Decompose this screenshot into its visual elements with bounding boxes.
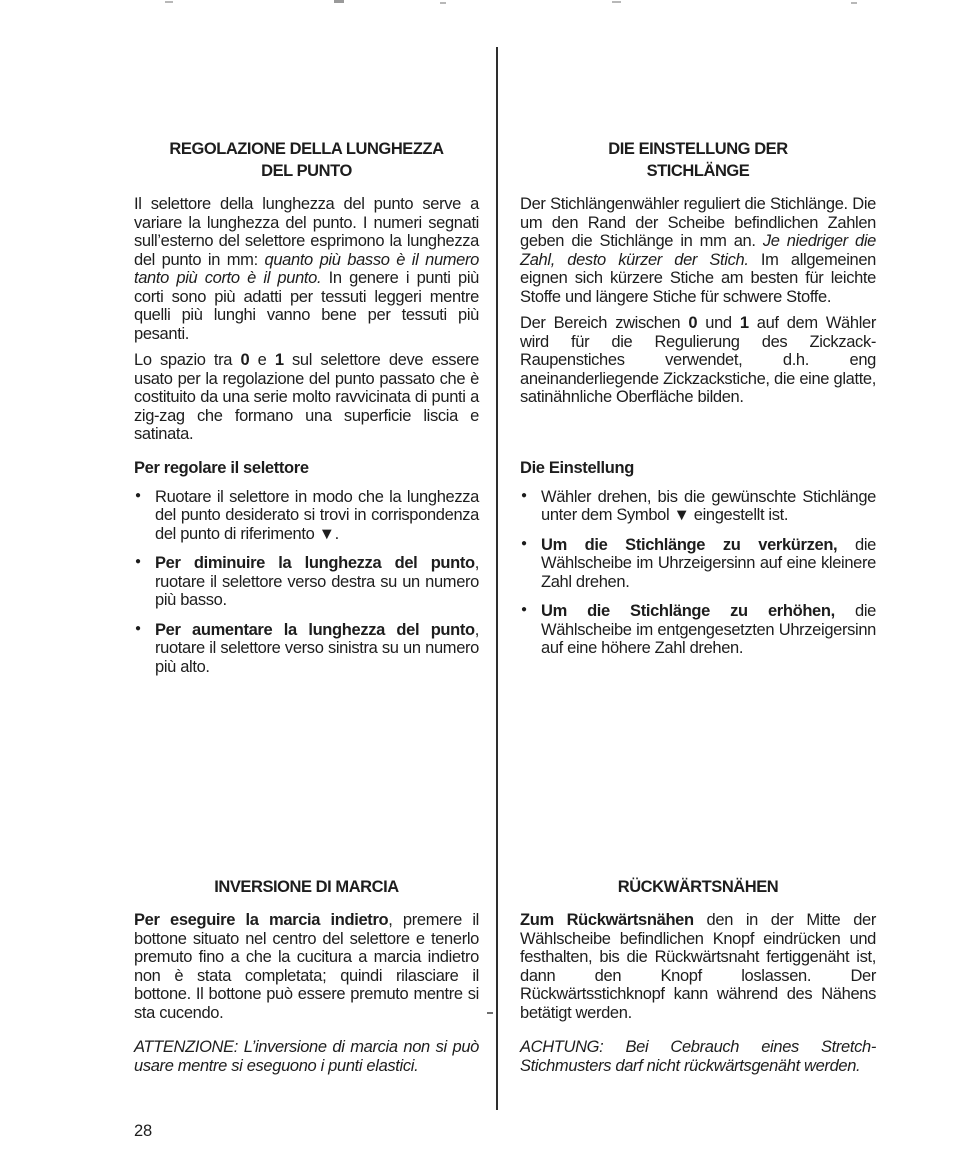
- bullet-icon: ●: [135, 624, 141, 634]
- subheading-de: Die Einstellung: [520, 459, 876, 478]
- section-title-it-line2: DEL PUNTO: [261, 162, 352, 180]
- paragraph: Zum Rückwärtsnähen den in der Mitte der …: [520, 911, 876, 1022]
- scan-speck: [612, 1, 621, 3]
- list-item-text: Per diminuire la lunghezza del punto, ru…: [155, 554, 479, 609]
- paragraph: Per eseguire la marcia indietro, premere…: [134, 911, 479, 1022]
- list-item: ● Um die Stichlänge zu verkürzen, die Wä…: [520, 536, 876, 592]
- list-item: ● Um die Stichlänge zu erhöhen, die Wähl…: [520, 602, 876, 658]
- scan-speck: [851, 2, 857, 4]
- list-item: ● Per aumentare la lunghezza del punto, …: [134, 621, 479, 677]
- section-title-it-line1: REGOLAZIONE DELLA LUNGHEZZA: [169, 140, 443, 158]
- list-item: ● Wähler drehen, bis die gewünschte Stic…: [520, 488, 876, 525]
- bullet-icon: ●: [135, 491, 141, 501]
- paragraph: Il selettore della lunghezza del punto s…: [134, 195, 479, 343]
- section-title-it-bottom: INVERSIONE DI MARCIA: [134, 876, 479, 898]
- paragraph: Der Bereich zwischen 0 und 1 auf dem Wäh…: [520, 314, 876, 407]
- bullet-icon: ●: [521, 605, 527, 615]
- paragraph: Lo spazio tra 0 e 1 sul selettore deve e…: [134, 351, 479, 444]
- warning-notice-it: ATTENZIONE: L’inversione di marcia non s…: [134, 1038, 479, 1075]
- list-item: ● Per diminuire la lunghezza del punto, …: [134, 554, 479, 610]
- list-item-text: Per aumentare la lunghezza del punto, ru…: [155, 621, 479, 676]
- scan-speck: [487, 1012, 493, 1014]
- scan-speck: [440, 2, 446, 4]
- list-item-text: Ruotare il selettore in modo che la lung…: [155, 488, 479, 543]
- list-item: ● Ruotare il selettore in modo che la lu…: [134, 488, 479, 544]
- manual-page: REGOLAZIONE DELLA LUNGHEZZA DEL PUNTO Il…: [0, 0, 954, 1166]
- italian-column-top-section: REGOLAZIONE DELLA LUNGHEZZA DEL PUNTO Il…: [134, 138, 479, 444]
- bullet-icon: ●: [521, 539, 527, 549]
- section-title-it: REGOLAZIONE DELLA LUNGHEZZA DEL PUNTO: [134, 138, 479, 182]
- scan-speck: [334, 0, 344, 3]
- subheading-it: Per regolare il selettore: [134, 459, 479, 478]
- column-divider-rule: [496, 47, 498, 1110]
- italian-column-bottom-section: INVERSIONE DI MARCIA Per eseguire la mar…: [134, 876, 479, 1075]
- section-title-de-line1: DIE EINSTELLUNG DER: [608, 140, 787, 158]
- paragraph: Der Stichlängenwähler reguliert die Stic…: [520, 195, 876, 306]
- german-column-instructions-section: Die Einstellung ● Wähler drehen, bis die…: [520, 459, 876, 669]
- scan-speck: [165, 1, 173, 3]
- section-title-de-line2: STICHLÄNGE: [647, 162, 750, 180]
- bullet-icon: ●: [135, 557, 141, 567]
- bullet-list-it: ● Ruotare il selettore in modo che la lu…: [134, 488, 479, 677]
- bullet-icon: ●: [521, 491, 527, 501]
- list-item-text: Um die Stichlänge zu erhöhen, die Wählsc…: [541, 602, 876, 657]
- list-item-text: Wähler drehen, bis die gewünschte Stichl…: [541, 488, 876, 525]
- german-column-top-section: DIE EINSTELLUNG DER STICHLÄNGE Der Stich…: [520, 138, 876, 407]
- list-item-text: Um die Stichlänge zu verkürzen, die Wähl…: [541, 536, 876, 591]
- german-column-bottom-section: RÜCKWÄRTSNÄHEN Zum Rückwärtsnähen den in…: [520, 876, 876, 1075]
- section-title-de-bottom: RÜCKWÄRTSNÄHEN: [520, 876, 876, 898]
- bullet-list-de: ● Wähler drehen, bis die gewünschte Stic…: [520, 488, 876, 658]
- italian-column-instructions-section: Per regolare il selettore ● Ruotare il s…: [134, 459, 479, 687]
- page-number: 28: [134, 1122, 152, 1141]
- section-title-de: DIE EINSTELLUNG DER STICHLÄNGE: [520, 138, 876, 182]
- warning-notice-de: ACHTUNG: Bei Cebrauch eines Stretch-Stic…: [520, 1038, 876, 1075]
